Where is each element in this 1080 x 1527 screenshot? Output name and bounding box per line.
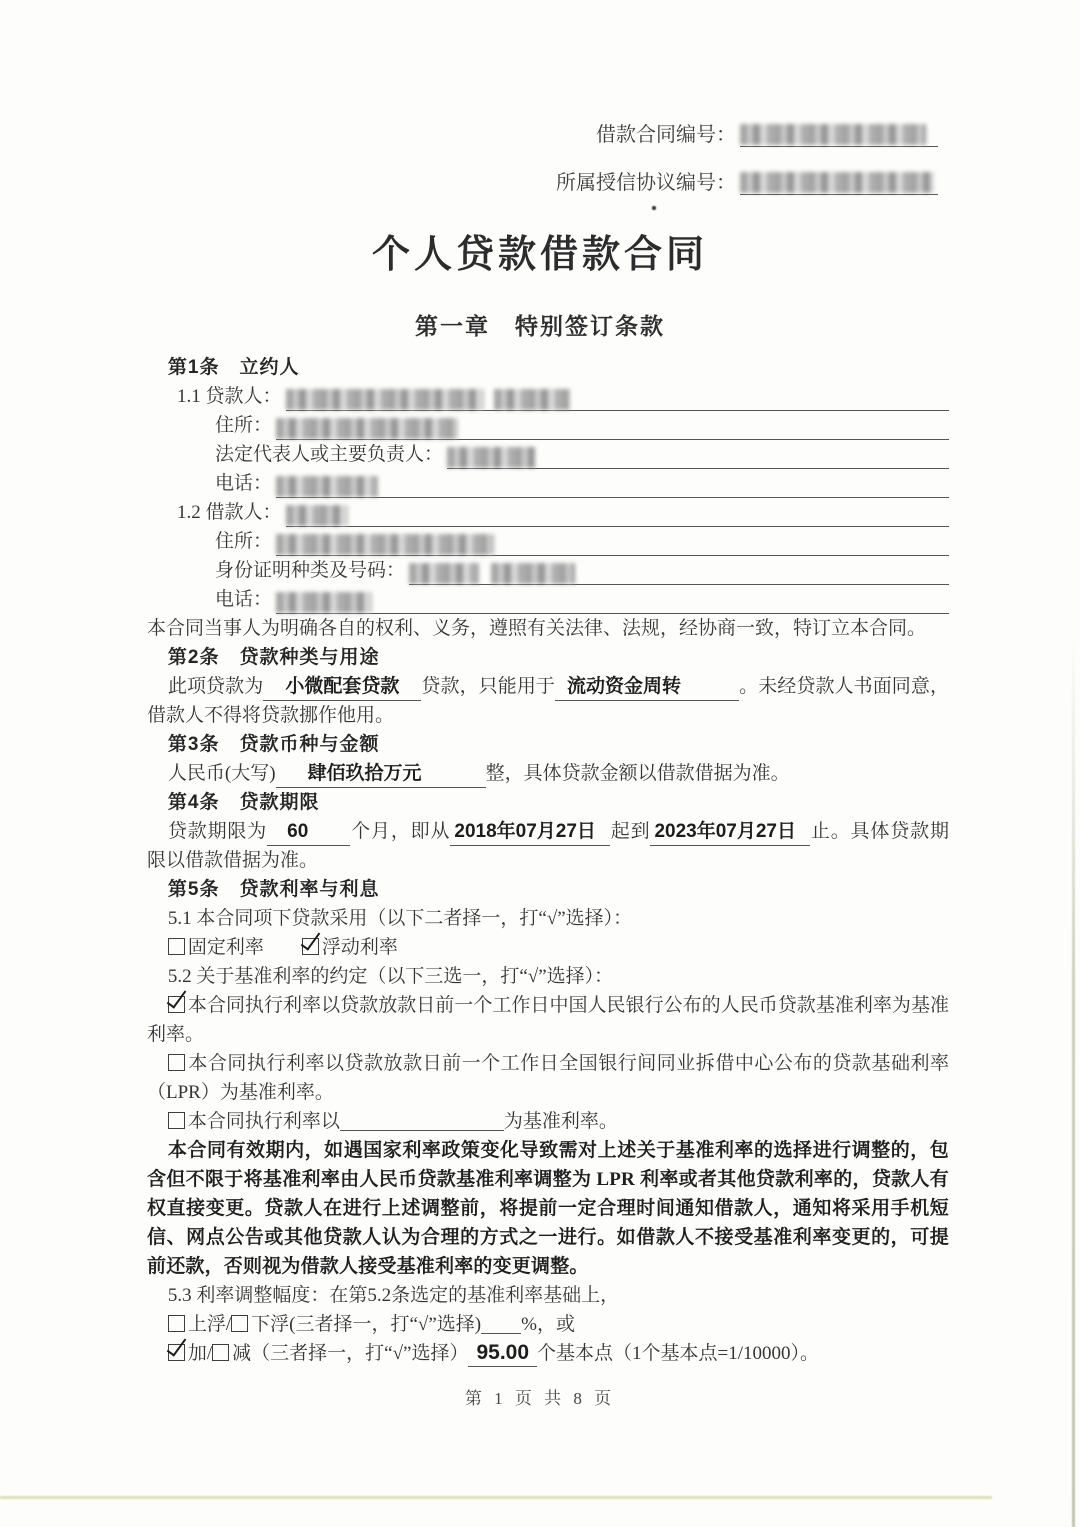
borrower-label: 1.2 借款人： bbox=[177, 498, 282, 527]
lender-representative-row: 法定代表人或主要负责人： bbox=[147, 440, 949, 469]
float-up-label: 上浮/ bbox=[188, 1314, 231, 1335]
article2-heading: 第2条 贷款种类与用途 bbox=[147, 643, 949, 672]
redacted-credit-number bbox=[740, 172, 934, 193]
article2-pre: 此项贷款为 bbox=[168, 676, 263, 697]
chapter-heading: 第一章 特别签订条款 bbox=[0, 308, 1080, 341]
lender-phone-row: 电话： bbox=[147, 469, 949, 498]
contract-number-field bbox=[740, 124, 938, 147]
loan-purpose-value: 流动资金周转 bbox=[555, 674, 739, 701]
contract-number-label: 借款合同编号： bbox=[538, 118, 740, 147]
checkbox-option2 bbox=[168, 1054, 185, 1071]
borrower-id-label: 身份证明种类及号码： bbox=[215, 556, 405, 585]
borrower-phone-field bbox=[276, 592, 949, 614]
article5-heading: 第5条 贷款利率与利息 bbox=[147, 875, 949, 904]
loan-start-date-value: 2018年07月27日 bbox=[450, 819, 610, 846]
borrower-id-field bbox=[409, 563, 949, 585]
redacted-lender-phone bbox=[276, 476, 378, 497]
article2-paragraph: 此项贷款为小微配套贷款贷款，只能用于流动资金周转。未经贷款人书面同意，借款人不得… bbox=[147, 672, 949, 730]
blank-percent-field bbox=[481, 1311, 521, 1334]
article1-heading: 第1条 立约人 bbox=[147, 353, 949, 382]
loan-term-months-value: 60 bbox=[267, 819, 350, 846]
lender-representative-field bbox=[447, 447, 949, 469]
redacted-borrower-name bbox=[286, 505, 348, 526]
option1-text: 本合同执行利率以贷款放款日前一个工作日中国人民银行公布的人民币贷款基准利率为基准… bbox=[147, 995, 949, 1045]
borrower-row: 1.2 借款人： bbox=[147, 498, 949, 527]
stray-ink-dot bbox=[652, 206, 656, 210]
article4-mid2: 起到 bbox=[610, 821, 651, 842]
basis-point-suffix: 个基本点（1个基本点=1/10000）。 bbox=[537, 1343, 819, 1364]
blank-base-rate-field bbox=[340, 1108, 504, 1131]
lender-phone-label: 电话： bbox=[215, 469, 272, 498]
add-label: 加/ bbox=[188, 1343, 212, 1364]
base-rate-option-2: 本合同执行利率以贷款放款日前一个工作日全国银行间同业拆借中心公布的贷款基础利率（… bbox=[147, 1049, 949, 1107]
borrower-field bbox=[286, 505, 949, 527]
option3-post: 为基准利率。 bbox=[504, 1111, 618, 1132]
article3-post: 整，具体贷款金额以借款借据为准。 bbox=[486, 763, 790, 784]
lender-label: 1.1 贷款人： bbox=[177, 382, 282, 411]
basis-point-line: 加/减（三者择一，打“√”选择）95.00个基本点（1个基本点=1/10000）… bbox=[147, 1339, 949, 1368]
lender-address-field bbox=[276, 418, 949, 440]
redacted-contract-number bbox=[740, 124, 926, 145]
checkbox-floating-rate-checked bbox=[302, 938, 319, 955]
article4-pre: 贷款期限为 bbox=[168, 821, 267, 842]
credit-agreement-number-label: 所属授信协议编号： bbox=[538, 166, 740, 195]
scan-edge-bottom bbox=[0, 1496, 992, 1499]
lender-address-row: 住所： bbox=[147, 411, 949, 440]
article4-mid1: 个月，即从 bbox=[350, 821, 450, 842]
redacted-borrower-phone bbox=[276, 592, 372, 613]
article3-heading: 第3条 贷款币种与金额 bbox=[147, 730, 949, 759]
clause-5-2-intro: 5.2 关于基准利率的约定（以下三选一，打“√”选择）： bbox=[147, 962, 949, 991]
article3-paragraph: 人民币(大写)肆佰玖拾万元整，具体贷款金额以借款借据为准。 bbox=[147, 759, 949, 788]
borrower-address-field bbox=[276, 534, 949, 556]
clause-5-3-intro: 5.3 利率调整幅度：在第5.2条选定的基准利率基础上， bbox=[147, 1281, 949, 1310]
borrower-id-row: 身份证明种类及号码： bbox=[147, 556, 949, 585]
checkbox-option1-checked bbox=[168, 996, 185, 1013]
floating-rate-label: 浮动利率 bbox=[322, 937, 398, 958]
contract-scan-page: 借款合同编号： 所属授信协议编号： 个人贷款借款合同 第一章 特别签订条款 第1… bbox=[0, 0, 1080, 1527]
article4-heading: 第4条 贷款期限 bbox=[147, 788, 949, 817]
redacted-lender-branch bbox=[494, 389, 570, 410]
float-adjust-line: 上浮/下浮(三者择一，打“√”选择)%，或 bbox=[147, 1310, 949, 1339]
redacted-representative-name bbox=[447, 447, 535, 468]
base-rate-option-3: 本合同执行利率以为基准利率。 bbox=[147, 1107, 949, 1136]
article4-paragraph: 贷款期限为60个月，即从2018年07月27日起到2023年07月27日止。具体… bbox=[147, 817, 949, 875]
borrower-phone-row: 电话： bbox=[147, 585, 949, 614]
redacted-id-type bbox=[409, 563, 479, 584]
article3-pre: 人民币(大写) bbox=[168, 763, 276, 784]
basis-points-value: 95.00 bbox=[468, 1340, 537, 1367]
loan-end-date-value: 2023年07月27日 bbox=[650, 819, 810, 846]
lender-address-label: 住所： bbox=[215, 411, 272, 440]
subtract-label: 减（三者择一，打“√”选择） bbox=[232, 1343, 468, 1364]
contract-number-row: 借款合同编号： bbox=[538, 116, 938, 147]
lender-row: 1.1 贷款人： bbox=[147, 382, 949, 411]
article2-mid: 贷款，只能用于 bbox=[421, 676, 555, 697]
checkbox-float-down bbox=[231, 1315, 248, 1332]
loan-amount-value: 肆佰玖拾万元 bbox=[276, 761, 486, 788]
contract-body: 第1条 立约人 1.1 贷款人： 住所： 法定代表人或主要负责人： 电话： 1.… bbox=[147, 353, 949, 1368]
article1-closing: 本合同当事人为明确各自的权利、义务，遵照有关法律、法规，经协商一致，特订立本合同… bbox=[147, 614, 949, 643]
document-title: 个人贷款借款合同 bbox=[0, 223, 1080, 278]
option3-pre: 本合同执行利率以 bbox=[188, 1111, 340, 1132]
borrower-phone-label: 电话： bbox=[215, 585, 272, 614]
fixed-rate-label: 固定利率 bbox=[188, 937, 264, 958]
float-down-label: 下浮(三者择一，打“√”选择) bbox=[251, 1314, 481, 1335]
loan-type-value: 小微配套贷款 bbox=[263, 674, 421, 701]
document-numbers: 借款合同编号： 所属授信协议编号： bbox=[538, 116, 938, 195]
page-footer: 第 1 页 共 8 页 bbox=[0, 1384, 1080, 1409]
base-rate-option-1: 本合同执行利率以贷款放款日前一个工作日中国人民银行公布的人民币贷款基准利率为基准… bbox=[147, 991, 949, 1049]
clause-5-1-intro: 5.1 本合同项下贷款采用（以下二者择一，打“√”选择）： bbox=[147, 904, 949, 933]
borrower-address-label: 住所： bbox=[215, 527, 272, 556]
redacted-lender-name bbox=[286, 389, 484, 410]
checkbox-add-checked bbox=[168, 1344, 185, 1361]
lender-phone-field bbox=[276, 476, 949, 498]
option2-text: 本合同执行利率以贷款放款日前一个工作日全国银行间同业拆借中心公布的贷款基础利率（… bbox=[147, 1053, 949, 1103]
scan-edge-right bbox=[1072, 635, 1075, 1527]
redacted-lender-address bbox=[276, 418, 458, 439]
credit-agreement-number-field bbox=[740, 172, 938, 195]
lender-field bbox=[286, 389, 949, 411]
borrower-address-row: 住所： bbox=[147, 527, 949, 556]
redacted-borrower-address bbox=[276, 534, 494, 555]
rate-mode-options: 固定利率浮动利率 bbox=[147, 933, 949, 962]
lender-representative-label: 法定代表人或主要负责人： bbox=[215, 440, 443, 469]
percent-suffix: %，或 bbox=[521, 1314, 575, 1335]
checkbox-option3 bbox=[168, 1112, 185, 1129]
checkbox-fixed-rate bbox=[168, 938, 185, 955]
rate-change-notice: 本合同有效期内，如遇国家利率政策变化导致需对上述关于基准利率的选择进行调整的，包… bbox=[147, 1136, 949, 1281]
credit-agreement-number-row: 所属授信协议编号： bbox=[538, 164, 938, 195]
checkbox-float-up bbox=[168, 1315, 185, 1332]
redacted-id-number bbox=[491, 563, 575, 584]
checkbox-subtract bbox=[212, 1344, 229, 1361]
